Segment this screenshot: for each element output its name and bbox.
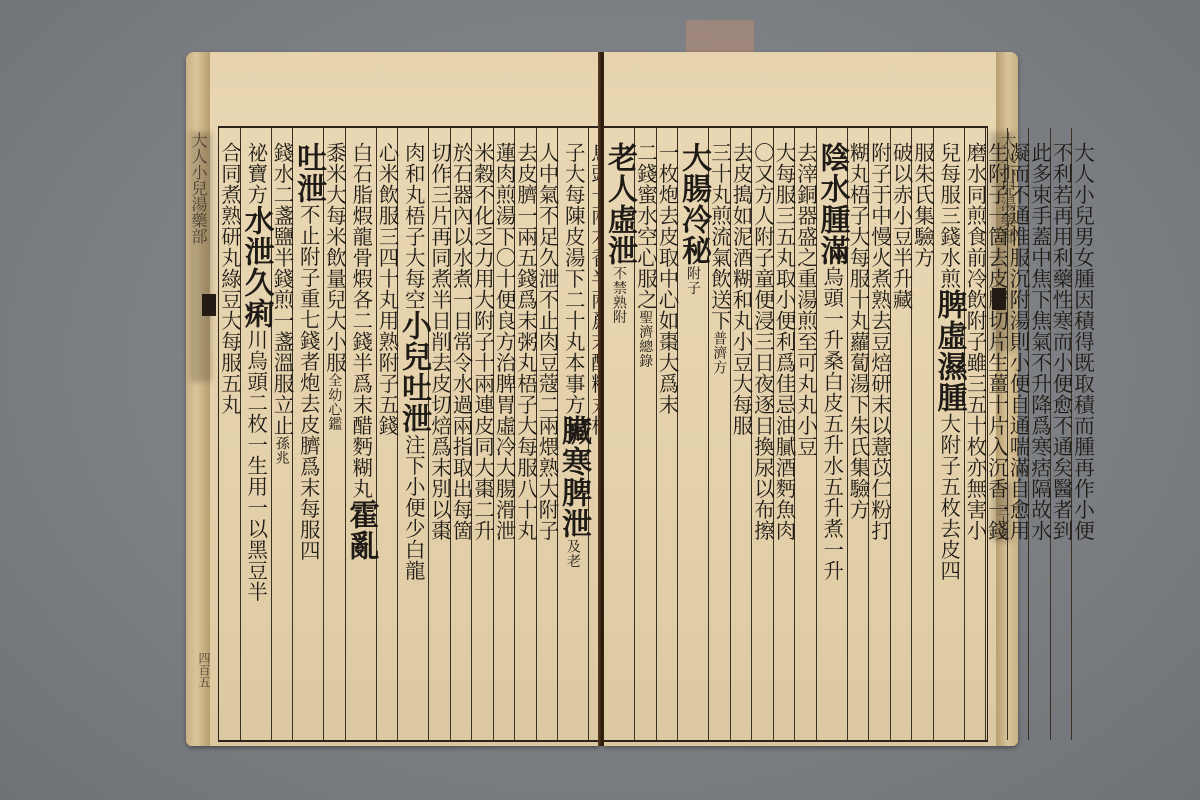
- body-text: 生附子一箇去皮臍切片生薑十片入沉香一錢: [986, 142, 1007, 541]
- text-column: 去皮臍一兩五錢爲末粥丸梧子大每服八十丸: [515, 128, 537, 740]
- right-page: 大人小兒湯藥部 三十五 老人虛泄不禁熟附二錢蜜水空心服之聖濟總錄一枚炮去皮取中心…: [604, 52, 1018, 746]
- body-text: 米穀不化乏力用大附子十兩連皮同大棗二升: [472, 142, 493, 541]
- body-text: 附子: [686, 266, 700, 295]
- body-text: 注下小便少白龍: [403, 434, 424, 581]
- text-column: 子大每陳皮湯下二十丸本事方臟寒脾泄及老: [558, 128, 589, 740]
- body-text: 全幼心鑑: [327, 373, 341, 431]
- body-text: 用熟附子五錢: [377, 310, 398, 436]
- open-book: 大人小兒湯藥部 四百五 合同煮熟研丸綠豆大每服五丸祕寶方水泄久痢川烏頭二枚一生用…: [186, 52, 1018, 746]
- body-text: 糊丸梧子大每服十丸蘿蔔湯下: [848, 142, 869, 415]
- text-column: 黍米大每米飲量兒大小服全幼心鑑: [324, 128, 346, 740]
- text-column: 去滓銅器盛之重湯煎至可丸丸小豆: [795, 128, 817, 740]
- body-text: 本事方: [563, 352, 584, 415]
- text-column: 白石脂煆龍骨煆各二錢半爲末醋麪糊丸霍亂: [346, 128, 377, 740]
- text-column: 大每服三五丸取小便利爲佳忌油膩酒麪魚肉: [774, 128, 796, 740]
- text-column: 〇又方人附子童便浸三日夜逐日換尿以布擦: [752, 128, 774, 740]
- body-text: 烏頭一升桑白皮五升水五升煮一升: [821, 266, 842, 581]
- text-column: 不利若再用利藥性寒而小便愈不通矣醫者到: [1051, 128, 1073, 740]
- body-text: 凝而不通惟服沉附湯則小便自通喘滿自愈用: [1008, 142, 1029, 541]
- body-text: 附子于中慢火煮熟去豆焙研末以薏苡仁粉打: [869, 142, 890, 541]
- text-column: 吐泄不止附子重七錢者炮去皮臍爲末每服四: [293, 128, 324, 740]
- right-text-frame: 老人虛泄不禁熟附二錢蜜水空心服之聖濟總錄一枚炮去皮取中心如棗大爲末大腸冷秘附子三…: [604, 126, 988, 742]
- left-text-columns: 合同煮熟研丸綠豆大每服五丸祕寶方水泄久痢川烏頭二枚一生用一以黑豆半錢水二盞鹽半錢…: [219, 128, 600, 740]
- text-column: 三十丸煎流氣飲送下普濟方: [709, 128, 731, 740]
- text-column: 凝而不通惟服沉附湯則小便自通喘滿自愈用: [1008, 128, 1030, 740]
- body-text: 大人小兒男女腫因積得既取積而腫再作小便: [1072, 142, 1093, 541]
- body-text: 不利若再用利藥性寒而小便愈不通矣醫者到: [1051, 142, 1072, 541]
- heading-text: 大腸冷秘: [678, 142, 708, 266]
- body-text: 服: [912, 142, 933, 163]
- heading-text: 脾虛濕腫: [934, 289, 964, 413]
- body-text: 去皮臍一兩五錢爲末粥丸梧子大每服八十丸: [515, 142, 536, 541]
- right-text-columns: 老人虛泄不禁熟附二錢蜜水空心服之聖濟總錄一枚炮去皮取中心如棗大爲末大腸冷秘附子三…: [604, 128, 987, 740]
- body-text: 磨水同煎食前冷飲附子雖三五十枚亦無害小: [965, 142, 986, 541]
- body-text: 朱氏集驗方: [848, 415, 869, 520]
- heading-text: 陰水腫滿: [817, 142, 847, 266]
- text-column: 大人小兒男女腫因積得既取積而腫再作小便: [1072, 128, 1093, 740]
- body-text: 不禁熟附: [612, 266, 626, 324]
- text-column: 大腸冷秘附子: [678, 128, 709, 740]
- body-text: 蓮肉煎湯下〇十便良方治脾胃虛冷大腸滑泄: [494, 142, 515, 541]
- fishtail-mark: [202, 294, 216, 316]
- body-text: 去皮搗如泥酒糊和丸小豆大每服: [731, 142, 752, 436]
- text-column: 服朱氏集驗方: [912, 128, 934, 740]
- text-column: 肉和丸梧子大每空小兒吐泄注下小便少白龍: [398, 128, 429, 740]
- body-text: 不止附子重七錢者炮去皮臍爲末每服四: [298, 204, 319, 561]
- text-column: 蓮肉煎湯下〇十便良方治脾胃虛冷大腸滑泄: [494, 128, 516, 740]
- text-column: 破以赤小豆半升藏: [891, 128, 913, 740]
- body-text: 三十丸煎流氣飲送下: [709, 142, 730, 331]
- heading-text: 霍亂: [346, 499, 376, 561]
- left-folio-number: 四百五: [196, 652, 213, 688]
- text-column: 切作三片再同煮半日削去皮切焙爲末別以棗: [429, 128, 451, 740]
- body-text: 於石器內以水煮一日常令水過兩指取出每箇: [451, 142, 472, 541]
- heading-text: 臟寒脾泄: [558, 415, 588, 539]
- body-text: 川烏頭二枚一生用一以黑豆半: [245, 329, 266, 602]
- body-text: 大附子五枚去皮四: [938, 413, 959, 581]
- body-text: 錢水二盞鹽半錢煎一盞溫服立止: [272, 142, 293, 436]
- heading-text: 老人虛泄: [604, 142, 634, 266]
- body-text: 祕寶: [245, 142, 266, 184]
- text-column: 錢水二盞鹽半錢煎一盞溫服立止孫兆: [272, 128, 294, 740]
- body-text: 白石脂煆龍骨煆各二錢半爲末醋麪糊丸: [350, 142, 371, 499]
- body-text: 此多束手蓋中焦下焦氣不升降爲寒痞隔故水: [1029, 142, 1050, 541]
- text-column: 祕寶方水泄久痢川烏頭二枚一生用一以黑豆半: [241, 128, 272, 740]
- text-column: 人中氣不足久泄不止肉豆蔻二兩煨熟大附子: [537, 128, 559, 740]
- body-text: 合同煮熟研丸綠豆大每服五丸: [219, 142, 240, 415]
- heading-text: 小兒吐泄: [398, 310, 428, 434]
- heading-text: 水泄久痢: [241, 205, 271, 329]
- body-text: 大每服三五丸取小便利爲佳忌油膩酒麪魚肉: [774, 142, 795, 541]
- body-text: 心米飲服三四十丸: [377, 142, 398, 310]
- body-text: 二錢蜜水空心服之: [635, 142, 656, 310]
- text-column: 磨水同煎食前冷飲附子雖三五十枚亦無害小: [965, 128, 987, 740]
- body-text: 聖濟總錄: [638, 310, 652, 368]
- body-text: 朱氏集驗方: [912, 163, 933, 268]
- text-column: 兒每服三錢水煎脾虛濕腫大附子五枚去皮四: [934, 128, 965, 740]
- text-column: 一枚炮去皮取中心如棗大爲末: [657, 128, 679, 740]
- body-text: 人中氣不足久泄不止肉豆蔻二兩煨熟大附子: [537, 142, 558, 541]
- body-text: 及老: [566, 539, 580, 568]
- text-column: 去皮搗如泥酒糊和丸小豆大每服: [731, 128, 753, 740]
- text-column: 糊丸梧子大每服十丸蘿蔔湯下朱氏集驗方: [848, 128, 870, 740]
- left-text-frame: 合同煮熟研丸綠豆大每服五丸祕寶方水泄久痢川烏頭二枚一生用一以黑豆半錢水二盞鹽半錢…: [218, 126, 600, 742]
- text-column: 二錢蜜水空心服之聖濟總錄: [635, 128, 657, 740]
- body-text: 兒每服三錢水煎: [938, 142, 959, 289]
- left-page: 大人小兒湯藥部 四百五 合同煮熟研丸綠豆大每服五丸祕寶方水泄久痢川烏頭二枚一生用…: [186, 52, 600, 746]
- body-text: 子大每陳皮湯下二十丸: [563, 142, 584, 352]
- body-text: 切作三片再同煮半日削去皮切焙爲末別以棗: [429, 142, 450, 541]
- heading-text: 吐泄: [293, 142, 323, 204]
- text-column: 生附子一箇去皮臍切片生薑十片入沉香一錢: [986, 128, 1008, 740]
- text-column: 附子于中慢火煮熟去豆焙研末以薏苡仁粉打: [869, 128, 891, 740]
- text-column: 陰水腫滿烏頭一升桑白皮五升水五升煮一升: [817, 128, 848, 740]
- body-text: 普濟方: [712, 331, 726, 375]
- left-margin-title: 大人小兒湯藥部: [190, 132, 206, 244]
- body-text: 孫兆: [275, 436, 289, 465]
- text-column: 米穀不化乏力用大附子十兩連皮同大棗二升: [472, 128, 494, 740]
- body-text: 破以赤小豆半升藏: [891, 142, 912, 310]
- text-column: 合同煮熟研丸綠豆大每服五丸: [219, 128, 241, 740]
- text-column: 老人虛泄不禁熟附: [604, 128, 635, 740]
- text-column: 心米飲服三四十丸用熟附子五錢: [377, 128, 399, 740]
- body-text: 〇又方人附子童便浸三日夜逐日換尿以布擦: [752, 142, 773, 541]
- body-text: 肉和丸梧子大每空: [403, 142, 424, 310]
- body-text: 去滓銅器盛之重湯煎至可丸丸小豆: [795, 142, 816, 457]
- body-text: 方: [245, 184, 266, 205]
- body-text: 一枚炮去皮取中心如棗大爲末: [657, 142, 678, 415]
- text-column: 於石器內以水煮一日常令水過兩指取出每箇: [451, 128, 473, 740]
- text-column: 此多束手蓋中焦下焦氣不升降爲寒痞隔故水: [1029, 128, 1051, 740]
- body-text: 黍米大每米飲量兒大小服: [324, 142, 345, 373]
